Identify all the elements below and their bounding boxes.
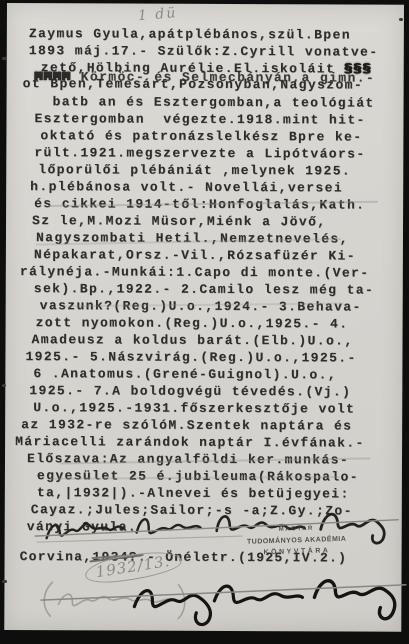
typed-line: lőporülői plébániát ,melynek 1925. (14, 161, 400, 180)
typed-line: Nagyszombati Hetil.,Nemzetnevelés, (14, 229, 400, 248)
index-card-paper: 1 dü Zaymus Gyula,apátplébános,szül.Bpen… (4, 3, 404, 632)
scan-edge-mark (2, 580, 7, 583)
typed-line: rálynéja.-Munkái:1.Capo di monte.(Ver- (14, 263, 400, 282)
typed-line: Népakarat,Orsz.-Vil.,Rózsafüzér Ki- (14, 246, 400, 265)
scanned-card: 1 dü Zaymus Gyula,apátplébános,szül.Bpen… (0, 0, 409, 644)
typed-line: U.o.,1925.-1931.főszerkesztője volt (13, 399, 399, 418)
typed-line: 6 .Anatomus.(Grené-Guignol).U.o., (13, 365, 399, 384)
typed-line: rült.1921.megszervezte a Lipótváors- (14, 144, 400, 163)
typed-line: 1893 máj.17.- Szülők:Z.Cyrill vonatve- (15, 42, 401, 61)
typed-line: batb an és Esztergomban,a teológiát (15, 93, 401, 112)
typed-line: Sz le,M.Mozi Müsor,Miénk a Jövő, (14, 212, 400, 231)
overstruck-lower-line: ot Bpen,Temesárt,Pozsonyban,Nagyszom- (23, 75, 364, 93)
source-prefix: Corvina, (20, 549, 93, 564)
handwritten-signature-crossed-out (38, 570, 408, 636)
typed-line: Zaymus Gyula,apátplébános,szül.Bpen (15, 25, 401, 44)
typed-line: oktató és patronázslelkész Bpre ke- (14, 127, 400, 146)
typed-line: Amadeusz a koldus barát.(Elb.)U.o., (13, 331, 399, 350)
typed-line: ta,|1932|).-Alnevei és betüjegyei: (13, 484, 399, 503)
scan-edge-mark (2, 57, 7, 60)
scan-edge-mark (399, 18, 403, 21)
typed-line: 1925.- 7.A boldogvégü tévedés.(Vj.) (13, 382, 399, 401)
scan-edge-mark (2, 384, 6, 387)
typed-line: Esztergomban végezte.1918.mint hit- (14, 110, 400, 129)
typed-line: Máriacelli zarándok naptár I.évfának.- (13, 433, 399, 452)
typed-line: h.plébánosa volt.- Novellái,versei (14, 178, 400, 197)
typed-line: az 1932-re szólóM.Szentek naptára és (13, 416, 399, 435)
typed-line: zott nyomokon.(Reg.)U.o.,1925.- 4. (14, 314, 400, 333)
typed-line: sek).Bp.,1922.- 2.Camilo lesz még ta- (14, 280, 400, 299)
typed-line: 1925.- 5.Nászvirág.(Reg.)U.o.,1925.- (13, 348, 399, 367)
source-citation-line: Corvina,1934?.- Önéletr.(1925,IV.2.) (20, 549, 348, 565)
typed-line-overstruck: MMMM Körmöc- és Selmecbányán,a gimn.-ot … (15, 76, 401, 95)
pencil-annotation-top: 1 dü (137, 5, 178, 24)
